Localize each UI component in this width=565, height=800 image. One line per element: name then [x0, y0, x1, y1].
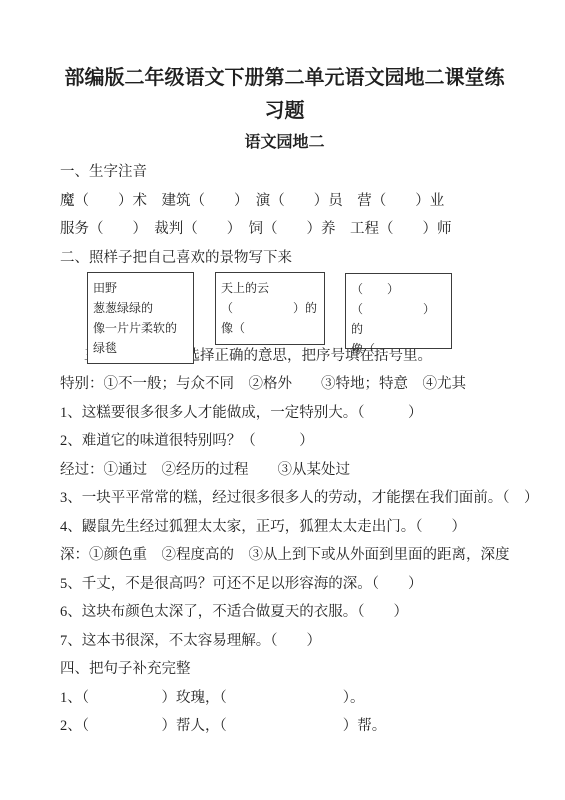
- section4-heading: 四、把句子补充完整: [60, 661, 509, 678]
- pinyin-row-1: 魔（ ）术 建筑（ ） 演（ ）员 营（ ）业: [60, 193, 509, 210]
- example-box-blank-line-3: 像（: [351, 339, 446, 359]
- section2-heading: 二、照样子把自己喜欢的景物写下来: [60, 250, 509, 267]
- example-box-model-line-1: 田野: [93, 278, 188, 298]
- question-1: 1、这糕要很多很多人才能做成，一定特别大。（ ）: [60, 405, 509, 422]
- example-box-model-line-3: 像一片片柔软的绿毯: [93, 318, 188, 358]
- word-meanings-jingguo: 经过：①通过 ②经历的过程 ③从某处过: [60, 462, 509, 479]
- question-2: 2、难道它的味道很特别吗？（ ）: [60, 433, 509, 450]
- example-box-clouds: 天上的云 （ ）的 像（: [215, 272, 325, 345]
- example-box-clouds-line-3: 像（: [221, 318, 319, 338]
- word-meanings-shen: 深：①颜色重 ②程度高的 ③从上到下或从外面到里面的距离，深度: [60, 547, 509, 564]
- example-boxes-area: 三、给加点的字选择正确的意思，把序号填在括号里。 田野 葱葱绿绿的 像一片片柔软…: [60, 272, 509, 376]
- example-box-model-line-2: 葱葱绿绿的: [93, 298, 188, 318]
- example-box-model: 田野 葱葱绿绿的 像一片片柔软的绿毯: [87, 272, 194, 364]
- worksheet-page: 部编版二年级语文下册第二单元语文园地二课堂练 习题 语文园地二 一、生字注音 魔…: [0, 0, 565, 800]
- question-6: 6、这块布颜色太深了，不适合做夏天的衣服。（ ）: [60, 604, 509, 621]
- doc-title: 部编版二年级语文下册第二单元语文园地二课堂练 习题: [60, 62, 509, 128]
- example-box-clouds-line-2: （ ）的: [221, 298, 319, 318]
- sentence-completion-1: 1、（ ）玫瑰，（ ）。: [60, 690, 509, 707]
- doc-title-line-2: 习题: [265, 100, 305, 122]
- pinyin-row-2: 服务（ ） 裁判（ ） 饲（ ）养 工程（ ）师: [60, 221, 509, 238]
- doc-subtitle: 语文园地二: [60, 132, 509, 154]
- sentence-completion-2: 2、（ ）帮人，（ ）帮。: [60, 718, 509, 735]
- word-meanings-tebie: 特别：①不一般；与众不同 ②格外 ③特地；特意 ④尤其: [60, 376, 509, 393]
- question-3: 3、一块平平常常的糕，经过很多很多人的劳动，才能摆在我们面前。（ ）: [60, 490, 509, 507]
- question-7: 7、这本书很深，不太容易理解。（ ）: [60, 633, 509, 650]
- section1-heading: 一、生字注音: [60, 164, 509, 181]
- example-box-blank-line-2: （ ）的: [351, 299, 446, 339]
- example-box-blank: （ ） （ ）的 像（: [345, 273, 452, 349]
- question-5: 5、千丈，不是很高吗？可还不足以形容海的深。（ ）: [60, 576, 509, 593]
- doc-title-line-1: 部编版二年级语文下册第二单元语文园地二课堂练: [65, 67, 505, 89]
- example-box-blank-line-1: （ ）: [351, 279, 446, 299]
- example-box-clouds-line-1: 天上的云: [221, 278, 319, 298]
- question-4: 4、鼹鼠先生经过狐狸太太家，正巧，狐狸太太走出门。（ ）: [60, 519, 509, 536]
